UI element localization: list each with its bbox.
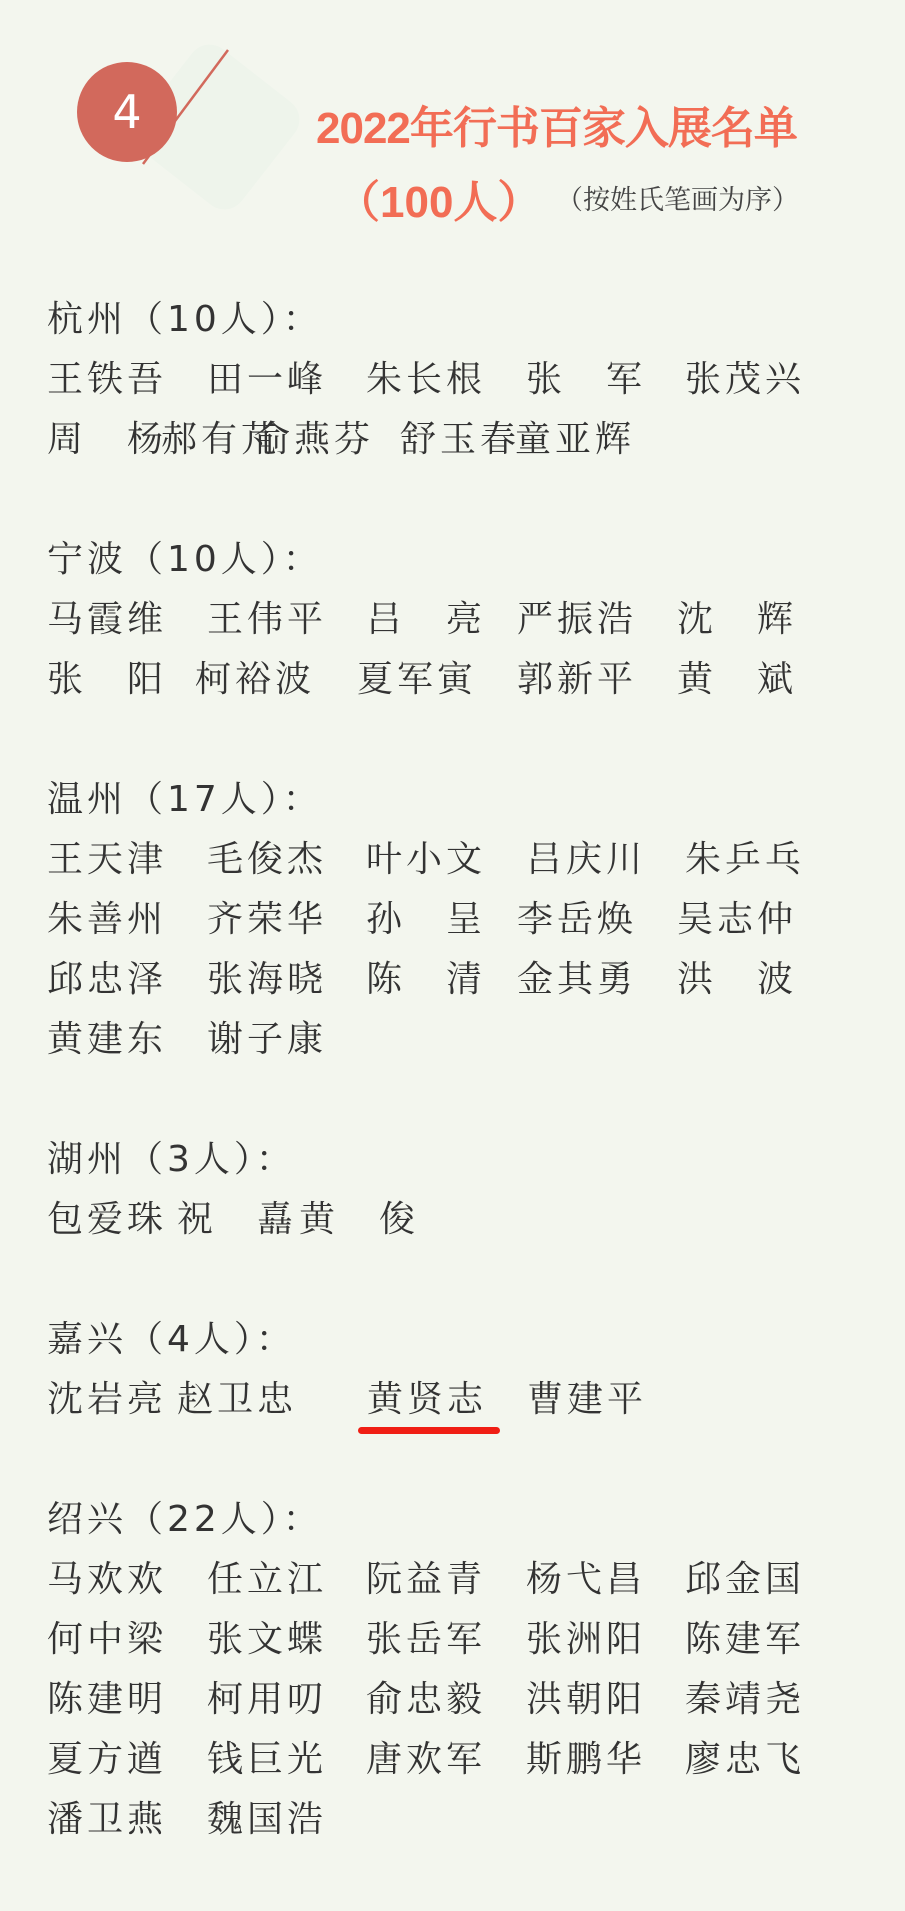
name-row: 包爱珠 祝 嚞 黄 俊 (47, 1190, 887, 1250)
name-item: 夏军寅 (357, 650, 477, 710)
name-item: 俞燕芬 (254, 410, 374, 470)
name-item: 邱金国 (685, 1550, 805, 1610)
name-item: 陈建明 (47, 1670, 167, 1730)
name-item: 祝 嚞 (177, 1190, 297, 1250)
name-item: 张岳军 (366, 1610, 486, 1670)
name-row: 潘卫燕 魏国浩 (47, 1790, 887, 1850)
name-item: 李岳焕 (517, 890, 637, 950)
name-item: 马霞维 (47, 590, 167, 650)
name-item: 朱长根 (366, 350, 486, 410)
name-item: 何中梁 (47, 1610, 167, 1670)
name-item: 童亚辉 (515, 410, 635, 470)
name-item: 杨弋昌 (526, 1550, 646, 1610)
name-row: 周 杨 郝有芃 俞燕芬 舒玉春 童亚辉 (47, 410, 887, 470)
name-item: 柯裕波 (195, 650, 315, 710)
name-item: 廖忠飞 (685, 1730, 805, 1790)
name-item: 朱乒乓 (685, 830, 805, 890)
name-item: 马欢欢 (47, 1550, 167, 1610)
section-header-wenzhou: 温州（17人）： (47, 770, 887, 830)
name-item: 吕庆川 (526, 830, 646, 890)
name-list: 杭州（10人）： 王铁吾 田一峰 朱长根 张 军 张茂兴 周 杨 郝有芃 俞燕芬… (47, 290, 887, 1850)
name-item: 吕 亮 (366, 590, 486, 650)
name-item: 斯鹏华 (526, 1730, 646, 1790)
name-row: 夏方遒 钱巨光 唐欢军 斯鹏华 廖忠飞 (47, 1730, 887, 1790)
order-note: （按姓氏笔画为序） (556, 178, 799, 217)
name-row: 王天津 毛俊杰 叶小文 吕庆川 朱乒乓 (47, 830, 887, 890)
blank-line (47, 470, 887, 530)
name-item: 曹建平 (527, 1370, 647, 1430)
name-item: 田一峰 (207, 350, 327, 410)
name-item: 周 杨 (47, 410, 167, 470)
name-item: 黄 俊 (299, 1190, 419, 1250)
name-item: 赵卫忠 (177, 1370, 297, 1430)
name-row: 马欢欢 任立江 阮益青 杨弋昌 邱金国 (47, 1550, 887, 1610)
name-item: 钱巨光 (207, 1730, 327, 1790)
name-item: 黄 斌 (677, 650, 797, 710)
name-item: 沈岩亮 (47, 1370, 167, 1430)
name-item: 张茂兴 (685, 350, 805, 410)
name-item: 吴志仲 (677, 890, 797, 950)
name-row: 张 阳 柯裕波 夏军寅 郭新平 黄 斌 (47, 650, 887, 710)
name-row: 邱忠泽 张海晓 陈 清 金其勇 洪 波 (47, 950, 887, 1010)
section-badge: 4 (0, 0, 320, 240)
name-row: 黄建东 谢子康 (47, 1010, 887, 1070)
name-row: 何中梁 张文蝶 张岳军 张洲阳 陈建军 (47, 1610, 887, 1670)
name-item: 舒玉春 (400, 410, 520, 470)
name-item: 严振浩 (517, 590, 637, 650)
name-row: 朱善州 齐荣华 孙 呈 李岳焕 吴志仲 (47, 890, 887, 950)
name-item: 张 阳 (47, 650, 167, 710)
name-item: 王天津 (47, 830, 167, 890)
section-header-jiaxing: 嘉兴（4人）： (47, 1310, 887, 1370)
name-item: 柯用叨 (207, 1670, 327, 1730)
name-item: 王铁吾 (47, 350, 167, 410)
name-row: 陈建明 柯用叨 俞忠毅 洪朝阳 秦靖尧 (47, 1670, 887, 1730)
name-item: 齐荣华 (207, 890, 327, 950)
name-item: 潘卫燕 (47, 1790, 167, 1850)
name-item: 沈 辉 (677, 590, 797, 650)
blank-line (47, 710, 887, 770)
name-row: 沈岩亮 赵卫忠 黄贤志 曹建平 (47, 1370, 887, 1430)
page-title: 2022年行书百家入展名单 (316, 92, 797, 156)
section-header-ningbo: 宁波（10人）： (47, 530, 887, 590)
name-item: 叶小文 (366, 830, 486, 890)
name-item: 王伟平 (207, 590, 327, 650)
name-item: 张 军 (526, 350, 646, 410)
name-item: 谢子康 (207, 1010, 327, 1070)
name-item: 魏国浩 (207, 1790, 327, 1850)
highlighted-name: 黄贤志 (367, 1370, 487, 1430)
name-item: 毛俊杰 (207, 830, 327, 890)
name-item: 唐欢军 (366, 1730, 486, 1790)
name-item: 黄建东 (47, 1010, 167, 1070)
blank-line (47, 1430, 887, 1490)
name-item: 张文蝶 (207, 1610, 327, 1670)
name-row: 王铁吾 田一峰 朱长根 张 军 张茂兴 (47, 350, 887, 410)
name-item: 陈建军 (685, 1610, 805, 1670)
name-item: 俞忠毅 (366, 1670, 486, 1730)
name-item: 秦靖尧 (685, 1670, 805, 1730)
name-item: 张洲阳 (526, 1610, 646, 1670)
blank-line (47, 1070, 887, 1130)
blank-line (47, 1250, 887, 1310)
name-item: 陈 清 (366, 950, 486, 1010)
section-header-huzhou: 湖州（3人）： (47, 1130, 887, 1190)
name-item: 金其勇 (517, 950, 637, 1010)
name-item: 包爱珠 (47, 1190, 167, 1250)
name-row: 马霞维 王伟平 吕 亮 严振浩 沈 辉 (47, 590, 887, 650)
section-header-shaoxing: 绍兴（22人）： (47, 1490, 887, 1550)
name-item: 张海晓 (207, 950, 327, 1010)
name-item: 朱善州 (47, 890, 167, 950)
name-item: 夏方遒 (47, 1730, 167, 1790)
name-item: 洪 波 (677, 950, 797, 1010)
total-count: （100人） (336, 166, 541, 230)
name-item: 任立江 (207, 1550, 327, 1610)
name-item: 邱忠泽 (47, 950, 167, 1010)
name-item: 孙 呈 (366, 890, 486, 950)
name-item: 阮益青 (366, 1550, 486, 1610)
name-item: 郭新平 (517, 650, 637, 710)
name-item: 洪朝阳 (526, 1670, 646, 1730)
diagonal-slash-icon (0, 0, 320, 240)
section-header-hangzhou: 杭州（10人）： (47, 290, 887, 350)
